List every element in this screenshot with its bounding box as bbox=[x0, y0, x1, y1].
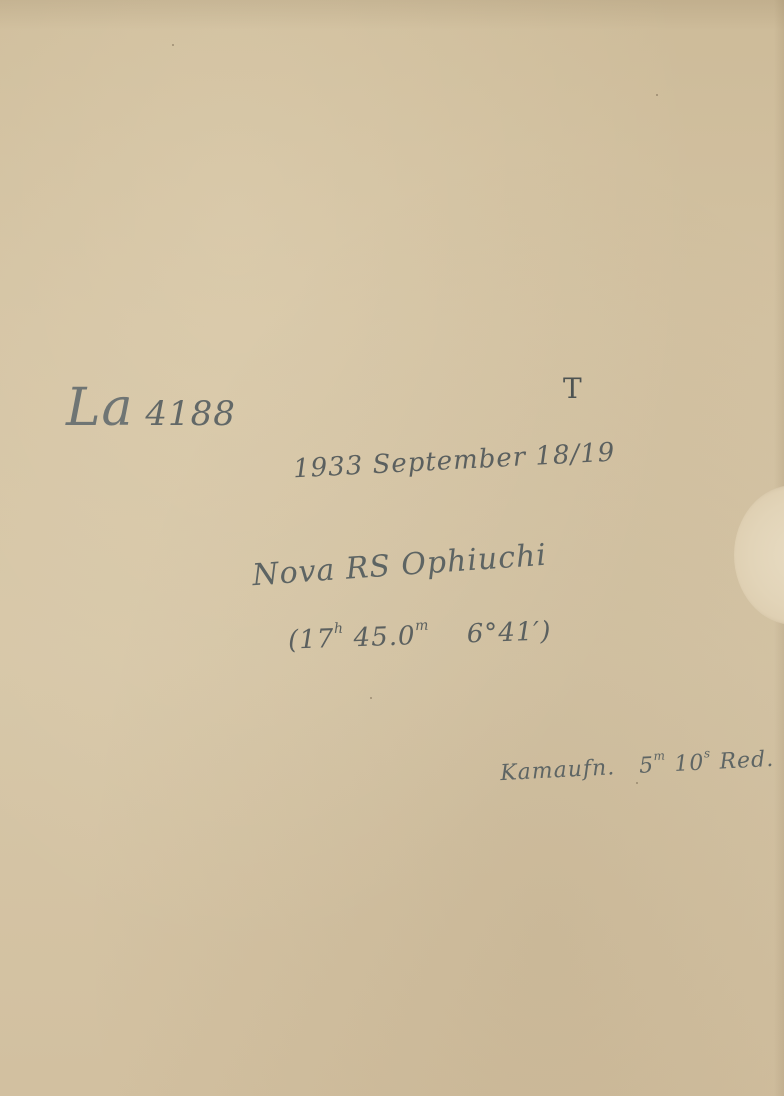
catalog-number: La 4188 bbox=[66, 378, 236, 438]
paper-speck bbox=[370, 697, 372, 699]
exposure-note: Kamaufn. 5m 10s Red. bbox=[499, 743, 774, 786]
plate-envelope: La 4188 T 1933 September 18/19 Nova RS O… bbox=[0, 0, 784, 1096]
ra-hours: 17 bbox=[299, 624, 335, 655]
plate-mark: T bbox=[563, 372, 583, 405]
paper-speck bbox=[656, 94, 658, 96]
paper-speck bbox=[636, 782, 638, 784]
envelope-thumb-notch bbox=[734, 485, 784, 625]
object-name: Nova RS Ophiuchi bbox=[251, 538, 548, 594]
ra-minutes: 45.0 bbox=[353, 621, 416, 653]
envelope-top-shadow bbox=[0, 0, 784, 30]
exposure-seconds-unit: s bbox=[704, 746, 712, 760]
catalog-prefix: La bbox=[66, 378, 134, 438]
exposure-seconds: 10 bbox=[674, 750, 705, 777]
observation-date: 1933 September 18/19 bbox=[292, 438, 616, 485]
exposure-minutes-unit: m bbox=[653, 748, 666, 763]
ra-hours-unit: h bbox=[334, 621, 345, 637]
object-coordinates: (17h 45.0m 6°41′) bbox=[288, 613, 552, 655]
paper-speck bbox=[172, 44, 174, 46]
exposure-suffix: Red. bbox=[719, 747, 775, 775]
coords-close-paren: ) bbox=[540, 616, 552, 646]
catalog-number-value: 4188 bbox=[145, 394, 236, 434]
exposure-minutes: 5 bbox=[638, 753, 654, 779]
declination: 6°41′ bbox=[466, 617, 541, 650]
exposure-label: Kamaufn. bbox=[500, 755, 616, 786]
ra-minutes-unit: m bbox=[415, 618, 430, 634]
